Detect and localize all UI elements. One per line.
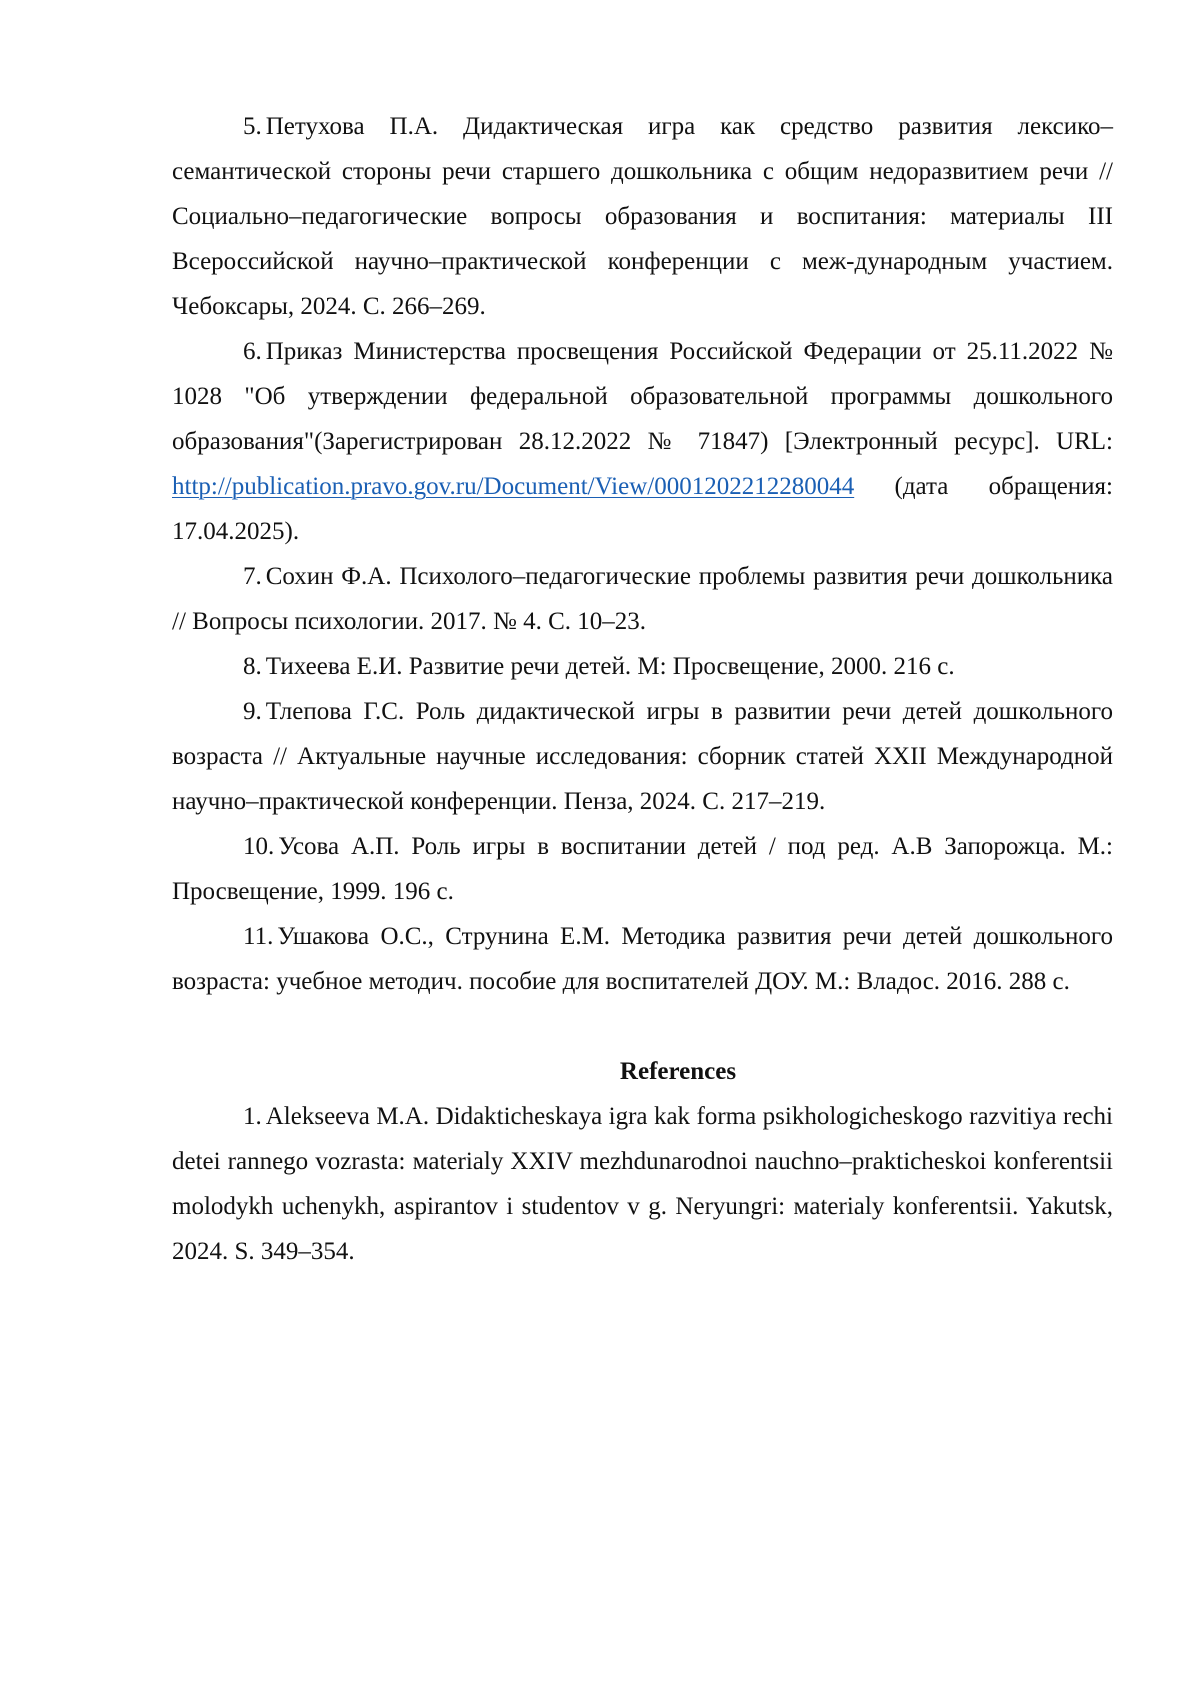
reference-number: 7. xyxy=(243,563,262,590)
reference-item-5: 5.Петухова П.А. Дидактическая игра как с… xyxy=(172,104,1113,329)
reference-text: Тлепова Г.С. Роль дидактической игры в р… xyxy=(172,698,1113,815)
reference-item-9: 9.Тлепова Г.С. Роль дидактической игры в… xyxy=(172,689,1113,824)
reference-number: 5. xyxy=(243,113,262,140)
reference-text: Сохин Ф.А. Психолого–педагогические проб… xyxy=(172,563,1113,635)
reference-item-6: 6.Приказ Министерства просвещения Россий… xyxy=(172,329,1113,554)
reference-text: Тихеева Е.И. Развитие речи детей. М: Про… xyxy=(266,653,955,680)
reference-number: 1. xyxy=(243,1103,262,1130)
reference-item-8: 8.Тихеева Е.И. Развитие речи детей. М: П… xyxy=(172,644,1113,689)
reference-en-item-1: 1.Alekseeva M.A. Didakticheskaya igra ka… xyxy=(172,1094,1113,1274)
reference-text: Ушакова О.С., Струнина Е.М. Методика раз… xyxy=(172,923,1113,995)
references-heading: References xyxy=(172,1049,1113,1094)
reference-url-link[interactable]: http://publication.pravo.gov.ru/Document… xyxy=(172,473,854,500)
reference-item-11: 11.Ушакова О.С., Струнина Е.М. Методика … xyxy=(172,914,1113,1004)
reference-text: Alekseeva M.A. Didakticheskaya igra kak … xyxy=(172,1103,1113,1265)
reference-item-10: 10.Усова А.П. Роль игры в воспитании дет… xyxy=(172,824,1113,914)
reference-text: Приказ Министерства просвещения Российск… xyxy=(172,338,1113,455)
section-spacer xyxy=(172,1004,1113,1049)
reference-text: Петухова П.А. Дидактическая игра как сре… xyxy=(172,113,1113,320)
reference-number: 6. xyxy=(243,338,262,365)
reference-text: Усова А.П. Роль игры в воспитании детей … xyxy=(172,833,1113,905)
reference-item-7: 7.Сохин Ф.А. Психолого–педагогические пр… xyxy=(172,554,1113,644)
reference-number: 10. xyxy=(243,833,274,860)
document-page: 5.Петухова П.А. Дидактическая игра как с… xyxy=(172,104,1113,1274)
reference-number: 11. xyxy=(243,923,273,950)
reference-number: 8. xyxy=(243,653,262,680)
reference-number: 9. xyxy=(243,698,262,725)
